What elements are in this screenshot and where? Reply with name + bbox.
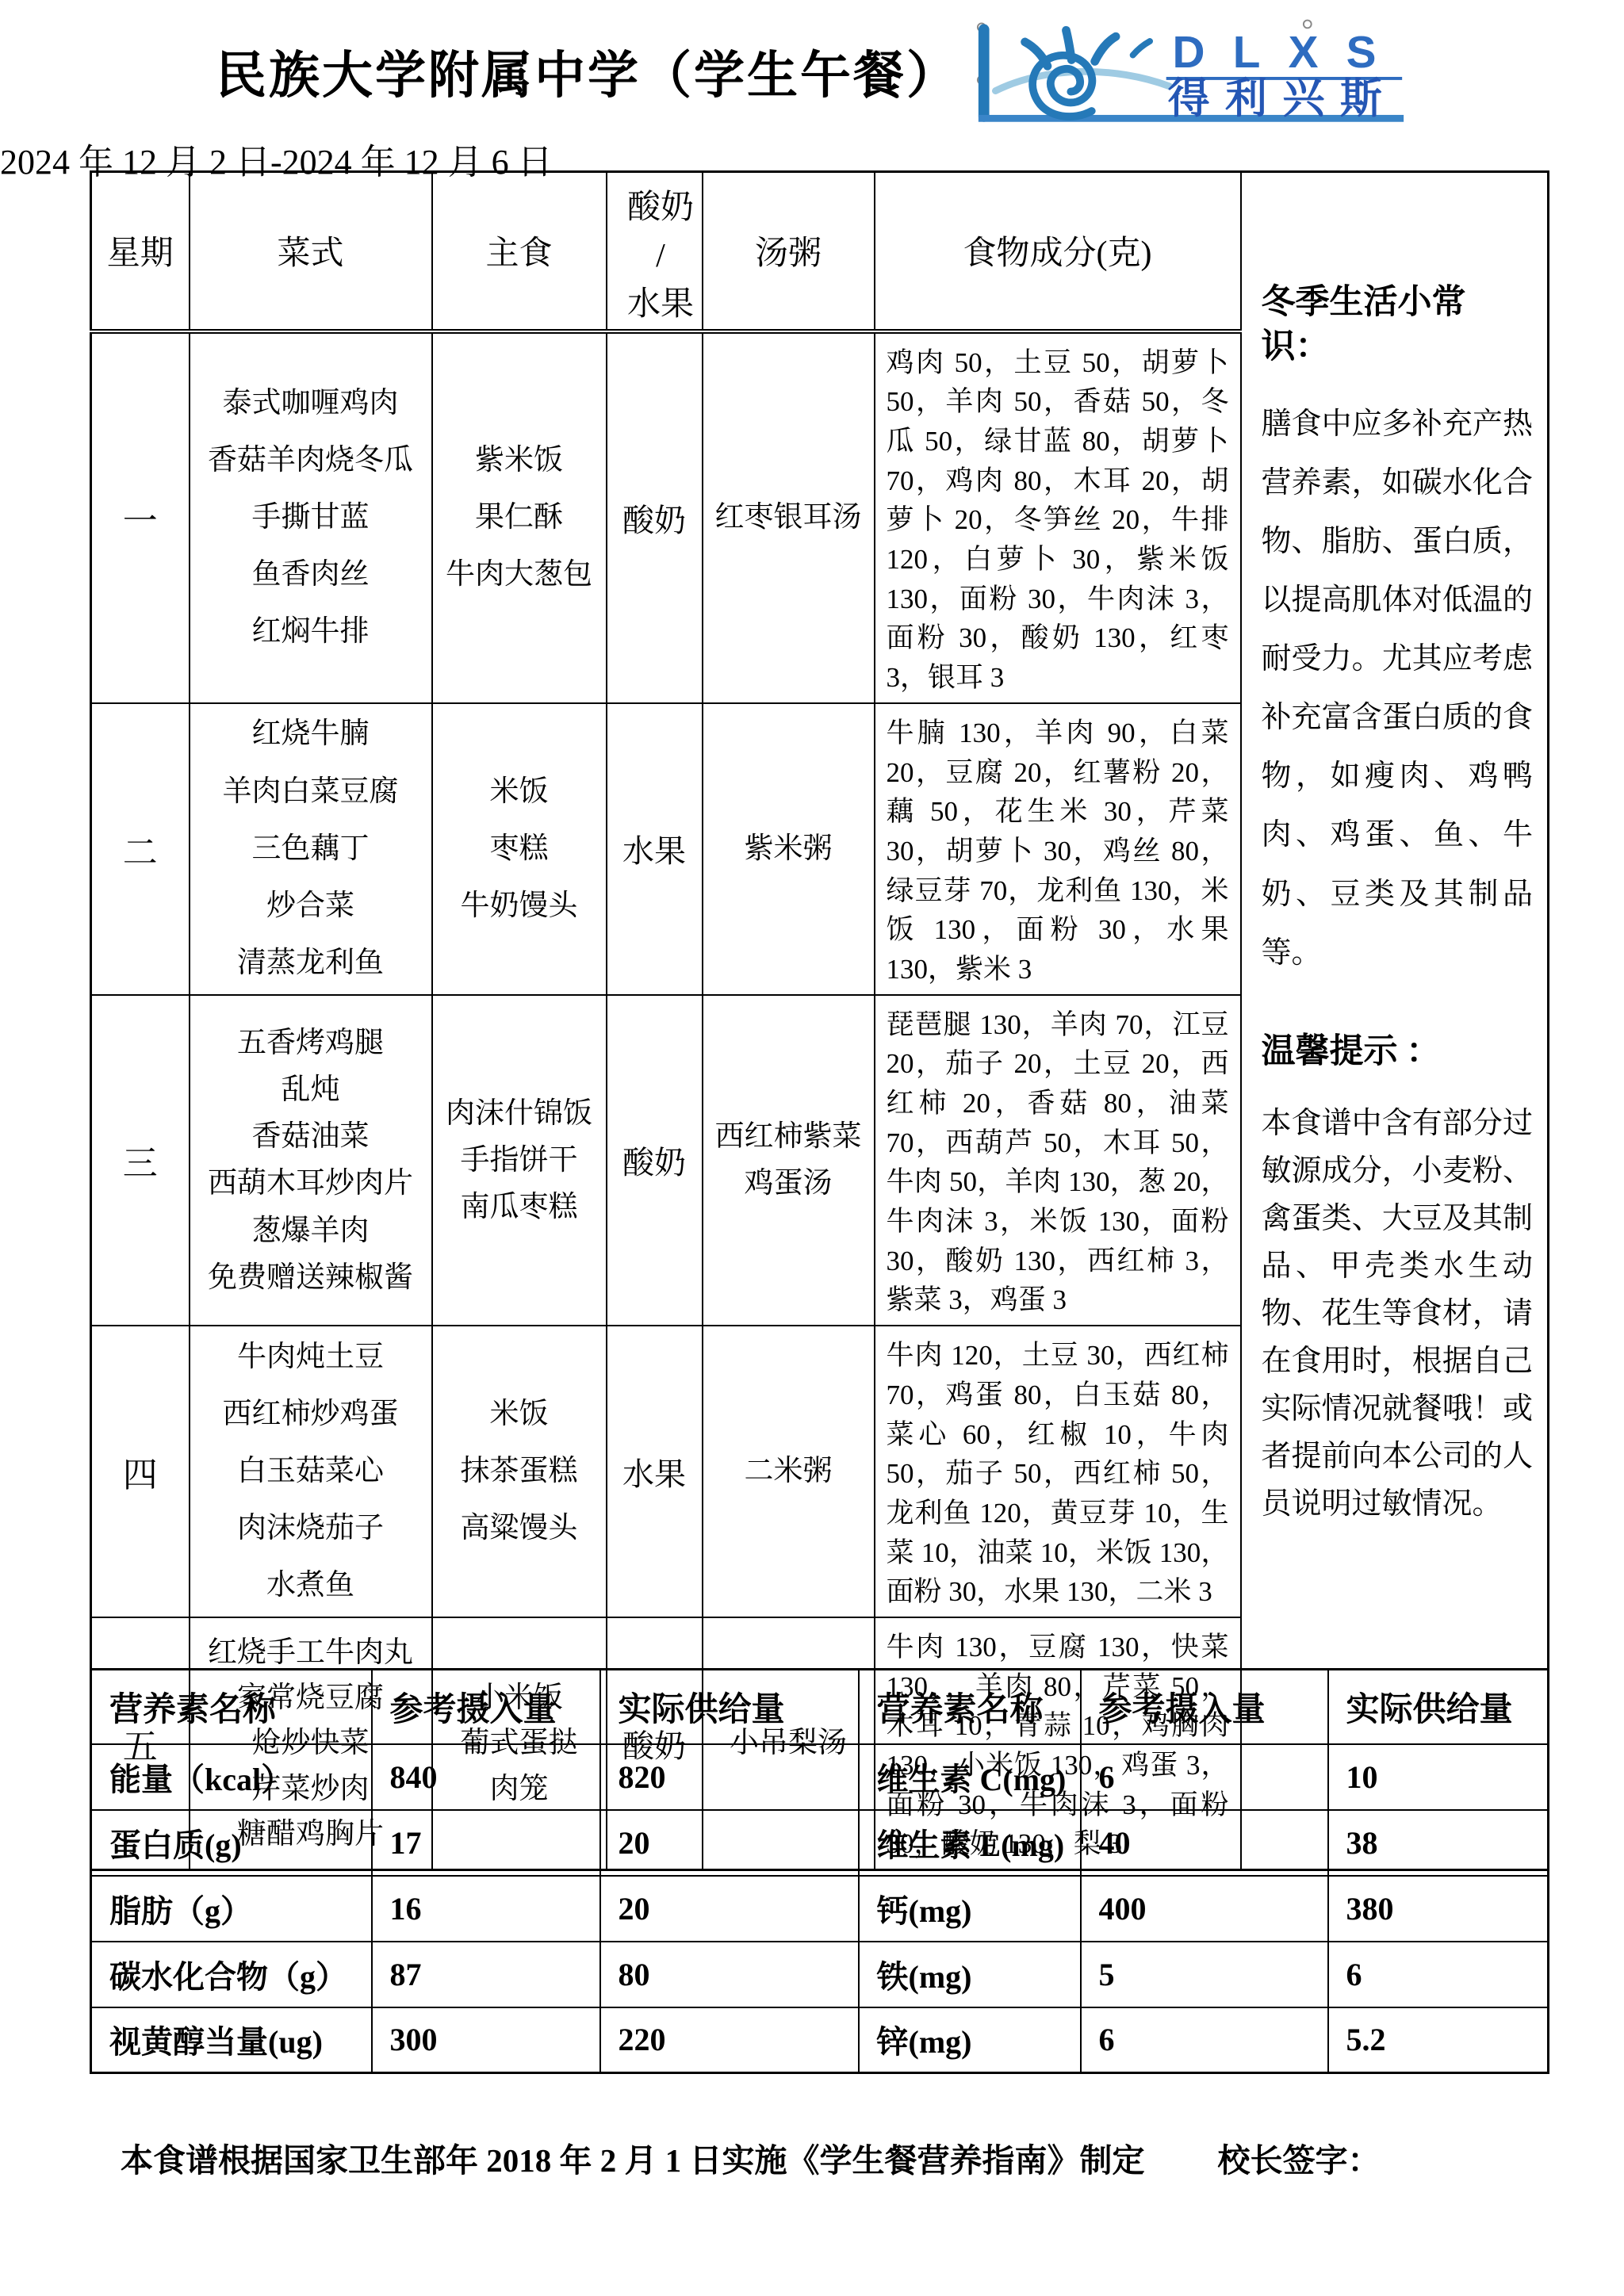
ingredients-cell: 鸡肉 50，土豆 50，胡萝卜 50，羊肉 50，香菇 50，冬瓜 50，绿甘蓝…: [875, 331, 1241, 703]
ingredients-cell: 琵琶腿 130，羊肉 70，江豆 20，茄子 20，土豆 20，西红柿 20，香…: [875, 995, 1241, 1326]
reference-value: 5: [1081, 1942, 1328, 2007]
day-cell: 四: [91, 1326, 190, 1617]
nutrition-row: 碳水化合物（g） 87 80 铁(mg) 5 6: [91, 1942, 1549, 2007]
reference-value: 17: [372, 1810, 600, 1876]
staple-cell: 米饭 抹茶蛋糕 高粱馒头: [432, 1326, 607, 1617]
ingredients-cell: 牛肉 120，土豆 30，西红柿 70，鸡蛋 80，白玉菇 80，菜心 60，红…: [875, 1326, 1241, 1617]
reference-value: 87: [372, 1942, 600, 2007]
dishes-cell: 五香烤鸡腿 乱炖 香菇油菜 西葫木耳炒肉片 葱爆羊肉 免费赠送辣椒酱: [190, 995, 432, 1326]
soup-cell: 二米粥: [703, 1326, 875, 1617]
yogurt-fruit-cell: 酸奶: [607, 331, 703, 703]
actual-value: 38: [1328, 1810, 1549, 1876]
day-cell: 一: [91, 331, 190, 703]
tips-winter-body: 膳食中应多补充产热营养素，如碳水化合物、脂肪、蛋白质，以提高肌体对低温的耐受力。…: [1262, 395, 1534, 982]
actual-value: 820: [600, 1744, 859, 1810]
actual-value: 220: [600, 2007, 859, 2073]
nutrition-row: 脂肪（g） 16 20 钙(mg) 400 380: [91, 1876, 1549, 1942]
actual-value: 20: [600, 1876, 859, 1942]
actual-value: 5.2: [1328, 2007, 1549, 2073]
nutrient-label: 钙(mg): [859, 1876, 1081, 1942]
nutrient-label: 维生素 E(mg): [859, 1810, 1081, 1876]
col-header-ingredients: 食物成分(克): [875, 172, 1241, 331]
yogurt-fruit-cell: 酸奶: [607, 995, 703, 1326]
logo-acronym: DLXS: [1173, 28, 1404, 78]
yogurt-fruit-cell: 水果: [607, 1326, 703, 1617]
nutrient-label: 铁(mg): [859, 1942, 1081, 2007]
nutrition-row: 能量（kcal） 840 820 维生素 C(mg) 6 10: [91, 1744, 1549, 1810]
nutrient-name-header: 营养素名称: [859, 1670, 1081, 1744]
nutrient-name-header: 营养素名称: [91, 1670, 372, 1744]
reference-value: 16: [372, 1876, 600, 1942]
col-header-staple: 主食: [432, 172, 607, 331]
actual-value: 10: [1328, 1744, 1549, 1810]
reference-intake-header: 参考摄入量: [372, 1670, 600, 1744]
document-page: 民族大学附属中学（学生午餐） DLXS 得利兴斯: [0, 0, 1624, 2296]
dishes-cell: 泰式咖喱鸡肉 香菇羊肉烧冬瓜 手撕甘蓝 鱼香肉丝 红焖牛排: [190, 331, 432, 703]
yogurt-fruit-cell: 水果: [607, 703, 703, 995]
dishes-cell: 红烧牛腩 羊肉白菜豆腐 三色藕丁 炒合菜 清蒸龙利鱼: [190, 703, 432, 995]
tips-winter-title: 冬季生活小常识：: [1262, 281, 1534, 369]
staple-cell: 紫米饭 果仁酥 牛肉大葱包: [432, 331, 607, 703]
col-header-yogurt-fruit: 酸奶 / 水果: [607, 172, 703, 331]
tips-panel: 冬季生活小常识： 膳食中应多补充产热营养素，如碳水化合物、脂肪、蛋白质，以提高肌…: [1241, 172, 1549, 1870]
soup-cell: 紫米粥: [703, 703, 875, 995]
logo-name: 得利兴斯: [1168, 75, 1398, 122]
spiral-eye-icon: [1032, 55, 1092, 117]
tips-allergy-title: 温馨提示 ：: [1262, 1030, 1534, 1074]
nutrition-table: 营养素名称 参考摄入量 实际供给量 营养素名称 参考摄入量 实际供给量 能量（k…: [90, 1668, 1549, 2074]
nutrient-label: 能量（kcal）: [91, 1744, 372, 1810]
nutrient-label: 脂肪（g）: [91, 1876, 372, 1942]
actual-value: 80: [600, 1942, 859, 2007]
nutrition-row: 蛋白质(g) 17 20 维生素 E(mg) 40 38: [91, 1810, 1549, 1876]
nutrient-label: 蛋白质(g): [91, 1810, 372, 1876]
menu-table: 星期 菜式 主食 酸奶 / 水果 汤粥 食物成分(克) 冬季生活小常识： 膳食中…: [90, 170, 1549, 1871]
signature-label: 校长签字：: [1218, 2142, 1381, 2179]
reference-value: 40: [1081, 1810, 1328, 1876]
staple-cell: 米饭 枣糕 牛奶馒头: [432, 703, 607, 995]
actual-supply-header: 实际供给量: [600, 1670, 859, 1744]
footer-note: 本食谱根据国家卫生部年 2018 年 2 月 1 日实施《学生餐营养指南》制定: [121, 2142, 1145, 2179]
col-header-soup: 汤粥: [703, 172, 875, 331]
reference-intake-header: 参考摄入量: [1081, 1670, 1328, 1744]
reference-value: 400: [1081, 1876, 1328, 1942]
actual-value: 380: [1328, 1876, 1549, 1942]
reference-value: 6: [1081, 2007, 1328, 2073]
handle-dot-icon: [1304, 21, 1312, 29]
nutrient-label: 视黄醇当量(ug): [91, 2007, 372, 2073]
col-header-dishes: 菜式: [190, 172, 432, 331]
menu-header-row: 星期 菜式 主食 酸奶 / 水果 汤粥 食物成分(克) 冬季生活小常识： 膳食中…: [91, 172, 1549, 331]
day-cell: 三: [91, 995, 190, 1326]
logo-bracket-bar: [979, 24, 990, 121]
reference-value: 6: [1081, 1744, 1328, 1810]
nutrient-label: 锌(mg): [859, 2007, 1081, 2073]
dishes-cell: 牛肉炖土豆 西红柿炒鸡蛋 白玉菇菜心 肉沫烧茄子 水煮鱼: [190, 1326, 432, 1617]
footer: 本食谱根据国家卫生部年 2018 年 2 月 1 日实施《学生餐营养指南》制定校…: [121, 2134, 1381, 2181]
actual-supply-header: 实际供给量: [1328, 1670, 1549, 1744]
nutrition-header-row: 营养素名称 参考摄入量 实际供给量 营养素名称 参考摄入量 实际供给量: [91, 1670, 1549, 1744]
ingredients-cell: 牛腩 130，羊肉 90，白菜 20，豆腐 20，红薯粉 20，藕 50，花生米…: [875, 703, 1241, 995]
nutrient-label: 维生素 C(mg): [859, 1744, 1081, 1810]
actual-value: 20: [600, 1810, 859, 1876]
actual-value: 6: [1328, 1942, 1549, 2007]
company-logo: DLXS 得利兴斯: [974, 17, 1408, 135]
tips-allergy-body: 本食谱中含有部分过敏源成分，小麦粉、禽蛋类、大豆及其制品、甲壳类水生动物、花生等…: [1262, 1100, 1534, 1528]
page-title: 民族大学附属中学（学生午餐）: [216, 46, 959, 107]
reference-value: 840: [372, 1744, 600, 1810]
nutrient-label: 碳水化合物（g）: [91, 1942, 372, 2007]
staple-cell: 肉沫什锦饭 手指饼干 南瓜枣糕: [432, 995, 607, 1326]
soup-cell: 红枣银耳汤: [703, 331, 875, 703]
col-header-weekday: 星期: [91, 172, 190, 331]
masthead: 民族大学附属中学（学生午餐） DLXS 得利兴斯: [0, 17, 1624, 135]
nutrition-row: 视黄醇当量(ug) 300 220 锌(mg) 6 5.2: [91, 2007, 1549, 2073]
soup-cell: 西红柿紫菜 鸡蛋汤: [703, 995, 875, 1326]
day-cell: 二: [91, 703, 190, 995]
reference-value: 300: [372, 2007, 600, 2073]
